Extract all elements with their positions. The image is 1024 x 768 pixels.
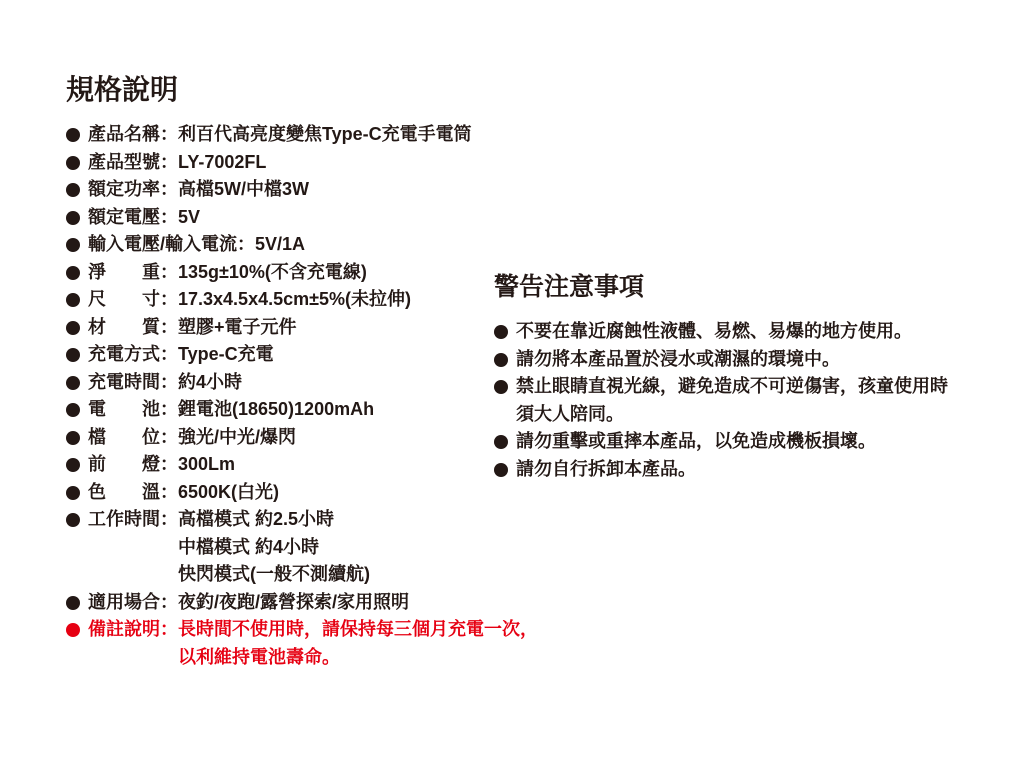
spec-row-applicable-occasions: 適用場合：夜釣/夜跑/露營探索/家用照明 — [66, 589, 536, 617]
spec-row-charging-time: 充電時間：約4小時 — [66, 369, 536, 397]
spec-colon: ： — [160, 176, 178, 204]
spec-value: 約4小時 — [178, 369, 242, 397]
bullet-icon — [494, 463, 508, 477]
spec-value: Type-C充電 — [178, 341, 274, 369]
bullet-icon — [66, 458, 80, 472]
spec-label: 色 溫 — [88, 479, 160, 507]
spec-label: 額定功率 — [88, 176, 160, 204]
bullet-icon — [66, 238, 80, 252]
warning-item-wet-environment: 請勿將本產品置於浸水或潮濕的環境中。 — [494, 346, 1014, 374]
spec-label: 充電時間 — [88, 369, 160, 397]
warning-text: 禁止眼睛直視光線，避免造成不可逆傷害，孩童使用時 須大人陪同。 — [516, 373, 948, 428]
spec-colon: ： — [160, 259, 178, 287]
spec-row-material: 材 質：塑膠+電子元件 — [66, 314, 536, 342]
spec-colon: ： — [160, 479, 178, 507]
warning-item-no-disassembly: 請勿自行拆卸本產品。 — [494, 456, 1014, 484]
bullet-icon — [494, 353, 508, 367]
spec-value: 高檔模式 約2.5小時 中檔模式 約4小時 快閃模式(一般不測續航) — [178, 506, 370, 589]
spec-section-title: 規格說明 — [66, 73, 536, 106]
spec-value: 17.3x4.5x4.5cm±5%(未拉伸) — [178, 286, 411, 314]
bullet-icon — [66, 376, 80, 390]
bullet-icon — [494, 325, 508, 339]
bullet-icon — [66, 211, 80, 225]
spec-label: 前 燈 — [88, 451, 160, 479]
spec-row-modes: 檔 位：強光/中光/爆閃 — [66, 424, 536, 452]
spec-row-remarks: 備註說明：長時間不使用時，請保持每三個月充電一次， 以利維持電池壽命。 — [66, 616, 536, 671]
spec-value: 高檔5W/中檔3W — [178, 176, 309, 204]
bullet-icon — [66, 431, 80, 445]
spec-colon: ： — [160, 451, 178, 479]
spec-value: 夜釣/夜跑/露營探索/家用照明 — [178, 589, 409, 617]
spec-label: 工作時間 — [88, 506, 160, 534]
spec-label: 淨 重 — [88, 259, 160, 287]
warning-item-corrosive: 不要在靠近腐蝕性液體、易燃、易爆的地方使用。 — [494, 318, 1014, 346]
spec-label: 材 質 — [88, 314, 160, 342]
spec-value: 135g±10%(不含充電線) — [178, 259, 367, 287]
warning-item-impact-damage: 請勿重擊或重摔本產品，以免造成機板損壞。 — [494, 428, 1014, 456]
bullet-icon — [66, 293, 80, 307]
spec-label: 產品名稱 — [88, 121, 160, 149]
spec-value: 300Lm — [178, 451, 235, 479]
spec-row-net-weight: 淨 重：135g±10%(不含充電線) — [66, 259, 536, 287]
spec-label: 備註說明 — [88, 616, 160, 644]
warning-item-eye-safety: 禁止眼睛直視光線，避免造成不可逆傷害，孩童使用時 須大人陪同。 — [494, 373, 1014, 428]
spec-label: 充電方式 — [88, 341, 160, 369]
spec-section: 規格說明 產品名稱：利百代高亮度變焦Type-C充電手電筒 產品型號：LY-70… — [66, 73, 536, 671]
spec-colon: ： — [237, 231, 255, 259]
bullet-icon — [66, 403, 80, 417]
spec-row-model-number: 產品型號：LY-7002FL — [66, 149, 536, 177]
spec-value: 鋰電池(18650)1200mAh — [178, 396, 374, 424]
bullet-icon — [66, 623, 80, 637]
spec-label: 尺 寸 — [88, 286, 160, 314]
spec-sheet-page: 規格說明 產品名稱：利百代高亮度變焦Type-C充電手電筒 產品型號：LY-70… — [0, 0, 1024, 768]
bullet-icon — [494, 380, 508, 394]
bullet-icon — [66, 156, 80, 170]
warning-section: 警告注意事項 不要在靠近腐蝕性液體、易燃、易爆的地方使用。 請勿將本產品置於浸水… — [494, 272, 1014, 483]
warning-text: 請勿將本產品置於浸水或潮濕的環境中。 — [516, 346, 840, 374]
spec-value: 塑膠+電子元件 — [178, 314, 297, 342]
spec-value: LY-7002FL — [178, 149, 266, 177]
spec-colon: ： — [160, 396, 178, 424]
bullet-icon — [66, 596, 80, 610]
spec-colon: ： — [160, 424, 178, 452]
bullet-icon — [66, 321, 80, 335]
spec-row-working-time: 工作時間：高檔模式 約2.5小時 中檔模式 約4小時 快閃模式(一般不測續航) — [66, 506, 536, 589]
spec-label: 產品型號 — [88, 149, 160, 177]
spec-label: 檔 位 — [88, 424, 160, 452]
warning-text: 請勿自行拆卸本產品。 — [516, 456, 696, 484]
warning-text: 請勿重擊或重摔本產品，以免造成機板損壞。 — [516, 428, 876, 456]
spec-label: 輸入電壓/輸入電流 — [88, 231, 237, 259]
spec-colon: ： — [160, 204, 178, 232]
spec-colon: ： — [160, 149, 178, 177]
spec-colon: ： — [160, 616, 178, 644]
spec-row-rated-power: 額定功率：高檔5W/中檔3W — [66, 176, 536, 204]
bullet-icon — [66, 128, 80, 142]
spec-label: 額定電壓 — [88, 204, 160, 232]
spec-row-charging-method: 充電方式：Type-C充電 — [66, 341, 536, 369]
spec-row-dimensions: 尺 寸：17.3x4.5x4.5cm±5%(未拉伸) — [66, 286, 536, 314]
spec-colon: ： — [160, 314, 178, 342]
spec-colon: ： — [160, 369, 178, 397]
bullet-icon — [66, 266, 80, 280]
spec-row-battery: 電 池：鋰電池(18650)1200mAh — [66, 396, 536, 424]
spec-row-input-voltage-current: 輸入電壓/輸入電流：5V/1A — [66, 231, 536, 259]
spec-colon: ： — [160, 589, 178, 617]
spec-label: 適用場合 — [88, 589, 160, 617]
spec-row-rated-voltage: 額定電壓：5V — [66, 204, 536, 232]
spec-value: 5V — [178, 204, 200, 232]
bullet-icon — [66, 183, 80, 197]
spec-colon: ： — [160, 506, 178, 534]
spec-value: 5V/1A — [255, 231, 305, 259]
bullet-icon — [66, 513, 80, 527]
spec-value: 長時間不使用時，請保持每三個月充電一次， 以利維持電池壽命。 — [178, 616, 538, 671]
spec-colon: ： — [160, 286, 178, 314]
bullet-icon — [494, 435, 508, 449]
spec-value: 6500K(白光) — [178, 479, 279, 507]
spec-colon: ： — [160, 121, 178, 149]
bullet-icon — [66, 486, 80, 500]
spec-colon: ： — [160, 341, 178, 369]
spec-row-front-light: 前 燈：300Lm — [66, 451, 536, 479]
bullet-icon — [66, 348, 80, 362]
spec-value: 強光/中光/爆閃 — [178, 424, 296, 452]
spec-row-product-name: 產品名稱：利百代高亮度變焦Type-C充電手電筒 — [66, 121, 536, 149]
spec-label: 電 池 — [88, 396, 160, 424]
spec-value: 利百代高亮度變焦Type-C充電手電筒 — [178, 121, 472, 149]
spec-row-color-temperature: 色 溫：6500K(白光) — [66, 479, 536, 507]
warning-text: 不要在靠近腐蝕性液體、易燃、易爆的地方使用。 — [516, 318, 912, 346]
warning-section-title: 警告注意事項 — [494, 272, 1014, 302]
